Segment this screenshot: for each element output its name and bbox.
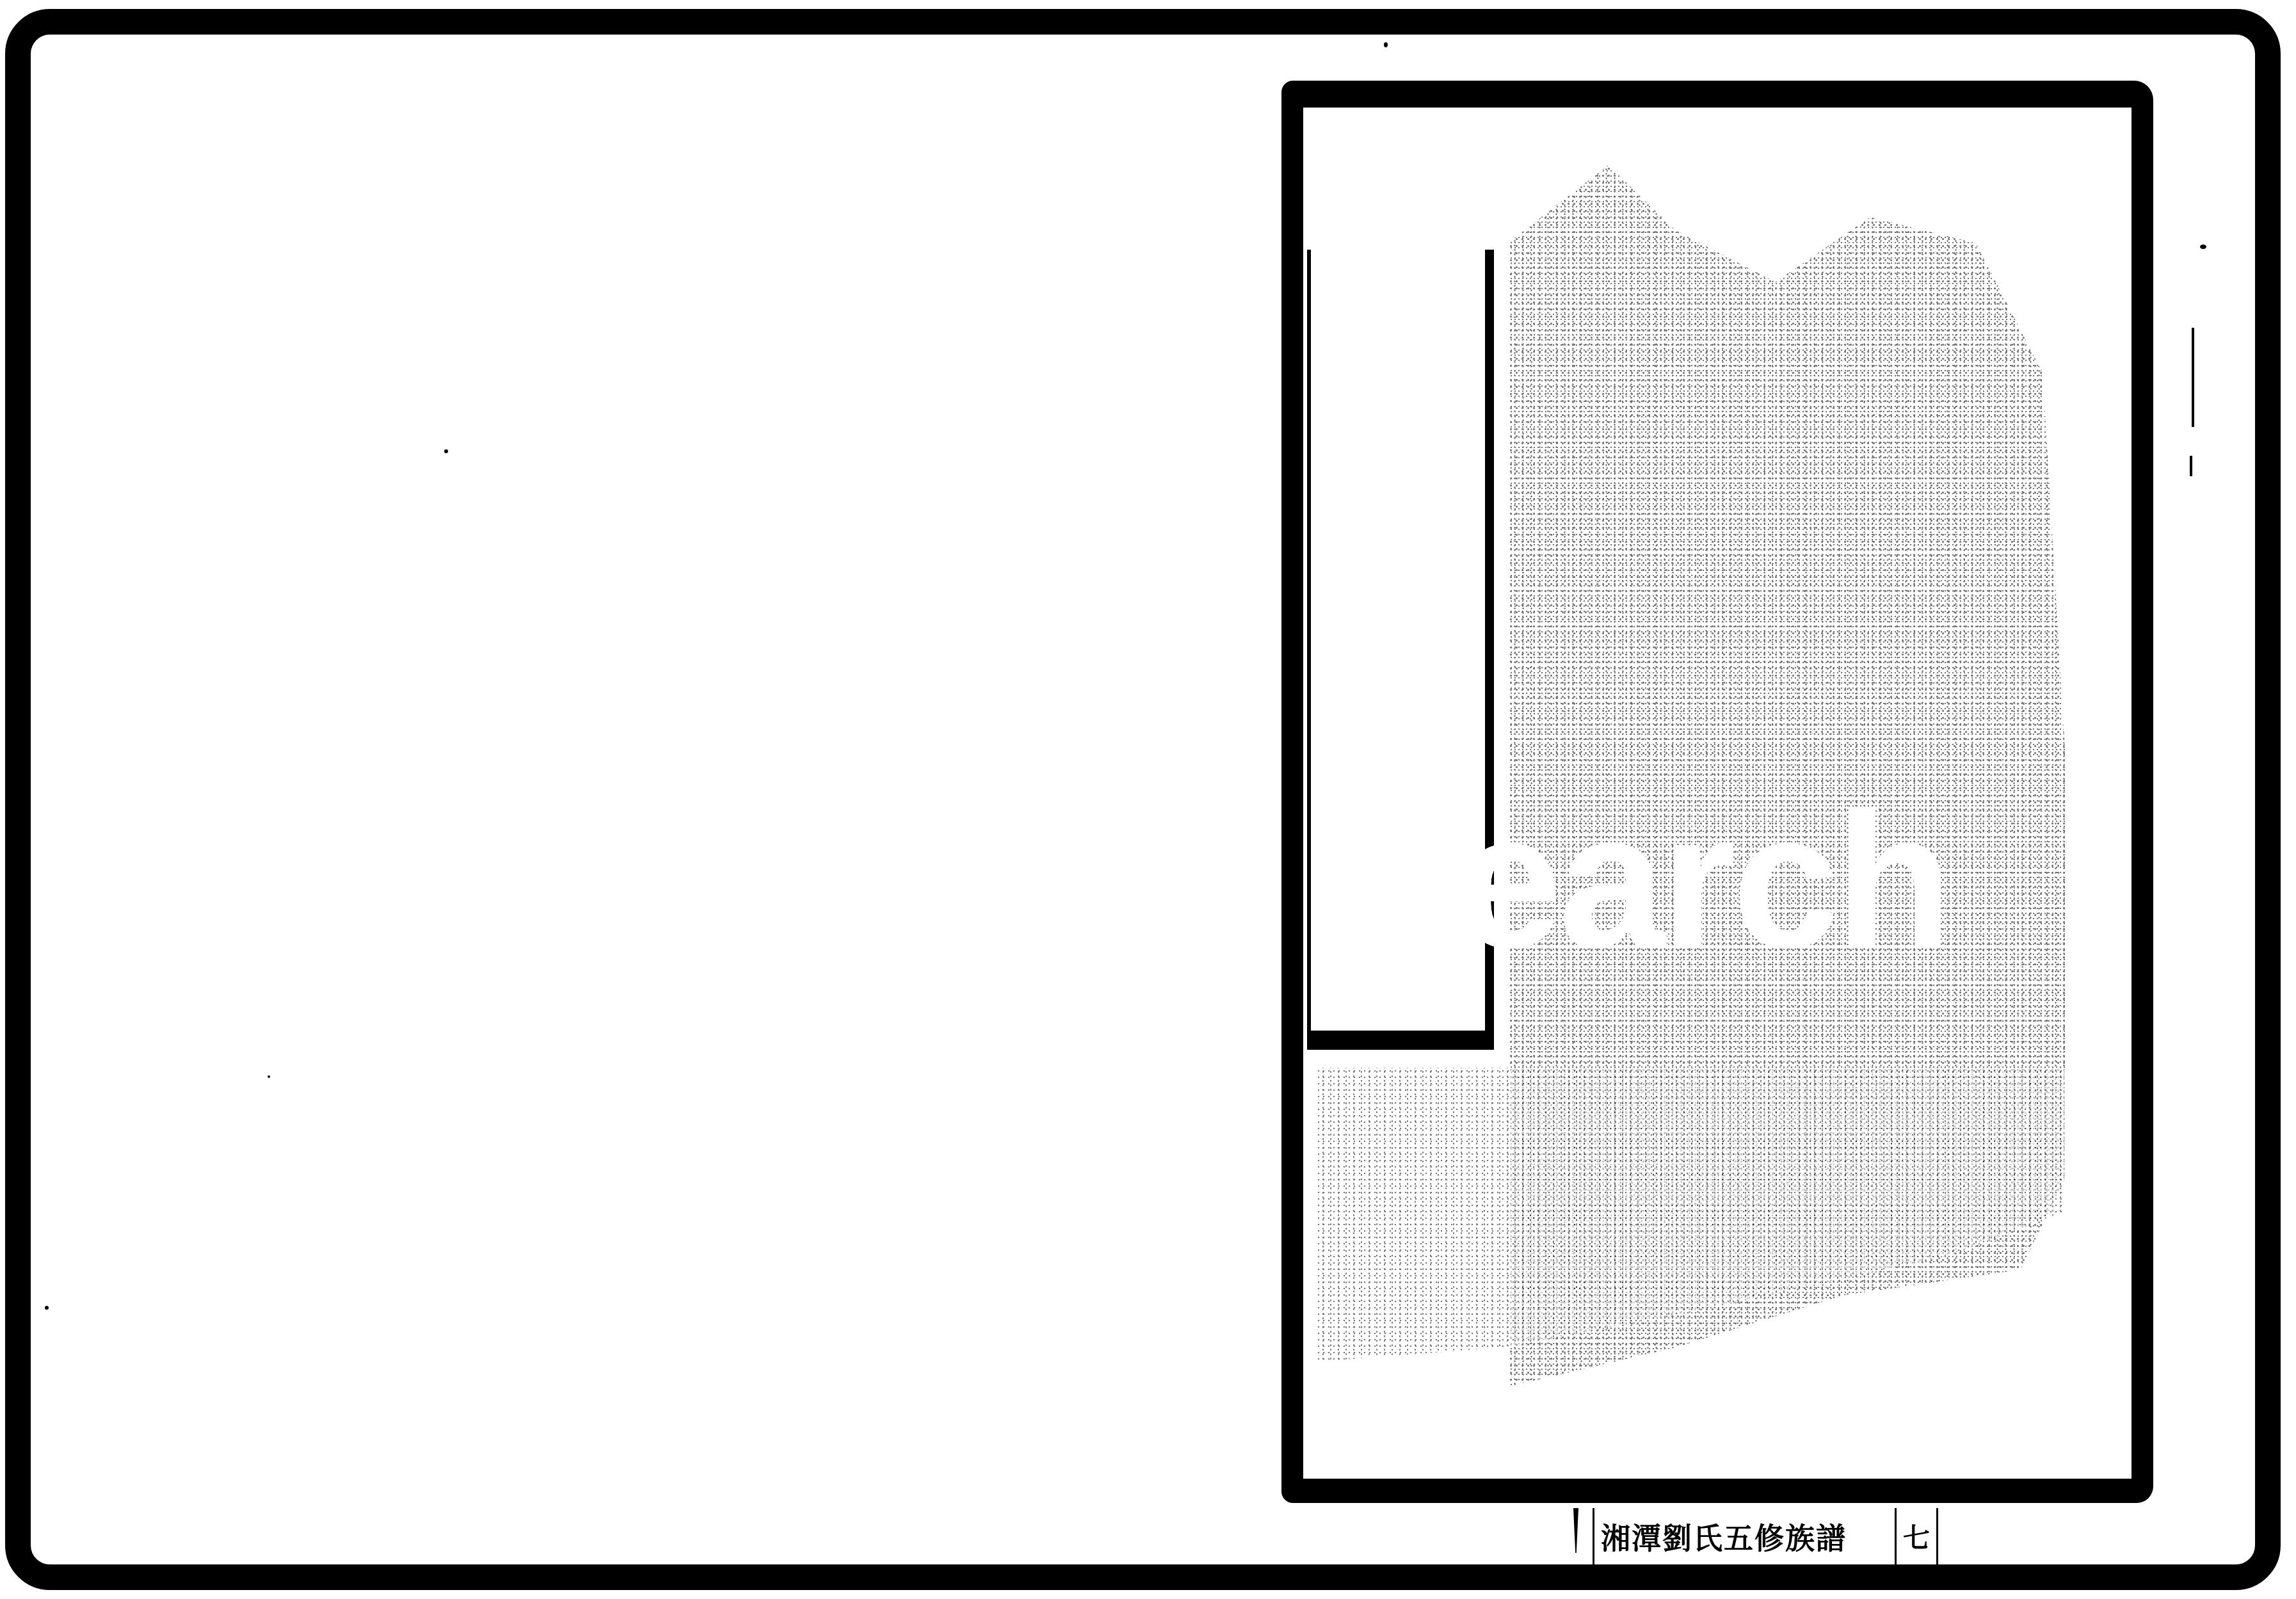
book-title: 湘潭劉氏五修族譜	[1594, 1515, 1895, 1557]
ink-scratch	[2192, 328, 2194, 427]
ink-speck	[1384, 42, 1388, 47]
ink-speck	[268, 1075, 270, 1078]
stone-rubbing-texture-lower	[1316, 1068, 2065, 1426]
ink-speck	[444, 449, 448, 453]
ink-speck	[2200, 245, 2206, 249]
search-watermark: Search	[1331, 784, 1949, 976]
ink-scratch	[2190, 456, 2192, 476]
inner-frame-base	[1307, 1031, 1494, 1047]
page-number: 七	[1895, 1508, 1936, 1564]
footer-title-strip: 湘潭劉氏五修族譜 七	[1593, 1508, 1938, 1564]
ink-speck	[45, 1306, 49, 1310]
